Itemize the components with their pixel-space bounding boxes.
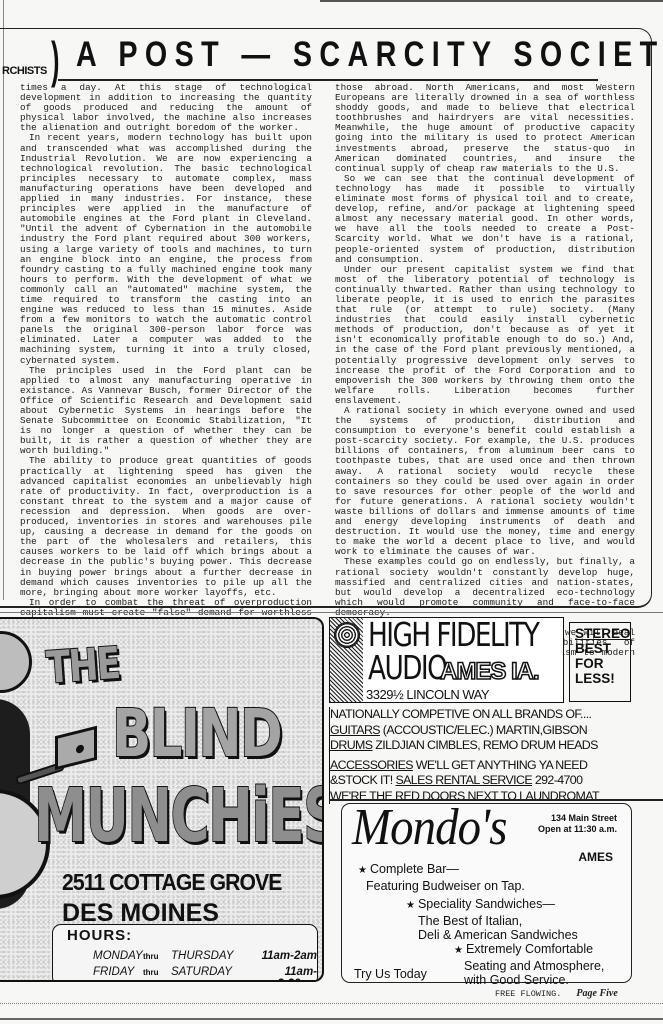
line-text: &STOCK IT! bbox=[330, 773, 395, 787]
hours-label: HOURS: bbox=[67, 927, 132, 944]
line-text: (ACCOUSTIC/ELEC.) MARTIN,GIBSON bbox=[380, 723, 587, 737]
footer-dotted-rule bbox=[0, 1003, 663, 1004]
feature-line: with Good Service. bbox=[454, 973, 604, 988]
ad-high-fidelity-audio: HIGH FIDELITY AUDIO AMES IA. 3329½ LINCO… bbox=[329, 617, 663, 800]
hours-day-to: THURSDAY bbox=[171, 950, 253, 962]
mondos-feature: ★Complete Bar— Featuring Budweiser on Ta… bbox=[358, 862, 525, 893]
paragraph: A rational society in which everyone own… bbox=[335, 406, 635, 557]
article-box: RCHISTS ) A POST — SCARCITY SOCIETY ? ti… bbox=[0, 28, 652, 608]
hifi-copy: NATIONALLY COMPETIVE ON ALL BRANDS OF...… bbox=[329, 707, 641, 804]
bottom-rule bbox=[0, 1018, 663, 1020]
hifi-line: DRUMS ZILDJIAN CIMBLES, REMO DRUM HEADS bbox=[330, 738, 641, 754]
hours-day-from: FRIDAY bbox=[93, 966, 143, 982]
slogan-line: FOR bbox=[575, 656, 625, 671]
section-divider bbox=[0, 612, 663, 613]
page-footer: FREE FLOWING. Page Five bbox=[495, 988, 618, 999]
munchies-hours-box: HOURS: MONDAY thru THURSDAY 11am-2am FRI… bbox=[52, 924, 318, 982]
munchies-title-munchies: MUNCHiES bbox=[34, 779, 324, 853]
hours-thru: thru bbox=[143, 950, 171, 962]
hifi-pattern-strip bbox=[330, 618, 363, 702]
hours-day-from: MONDAY bbox=[93, 950, 143, 962]
munchies-title-blind: BLIND bbox=[112, 701, 281, 767]
star-icon: ★ bbox=[454, 945, 463, 956]
paragraph: In recent years, modern technology has b… bbox=[20, 133, 312, 365]
paragraph: The ability to produce great quantities … bbox=[20, 456, 312, 597]
article-column-right: those abroad. North Americans, and most … bbox=[335, 83, 635, 668]
line-underlined: DRUMS bbox=[330, 738, 372, 752]
mondos-address-block: 134 Main Street Open at 11:30 a.m. bbox=[538, 813, 617, 835]
paragraph: times a day. At this stage of technologi… bbox=[20, 83, 312, 133]
cheese-icon bbox=[55, 726, 97, 770]
hifi-line: NATIONALLY COMPETIVE ON ALL BRANDS OF...… bbox=[330, 707, 641, 723]
hours-thru: thru bbox=[143, 966, 171, 982]
hours-row: MONDAY thru THURSDAY 11am-2am bbox=[93, 950, 317, 962]
hifi-location: AMES IA. bbox=[440, 658, 539, 686]
ad-mondos: Mondo's 134 Main Street Open at 11:30 a.… bbox=[341, 803, 632, 983]
slogan-line: LESS! bbox=[575, 671, 625, 686]
hours-time: 11am-2am bbox=[253, 950, 317, 962]
hifi-line: ACCESSORIES WE'LL GET ANYTHING YA NEED bbox=[330, 758, 641, 774]
munchies-address: 2511 COTTAGE GROVE bbox=[62, 869, 281, 896]
star-icon: ★ bbox=[358, 865, 367, 876]
mondos-hours: Open at 11:30 a.m. bbox=[538, 824, 617, 835]
feature-line: Seating and Atmosphere, bbox=[454, 959, 604, 974]
line-underlined: ACCESSORIES bbox=[330, 758, 413, 772]
feature-line: Featuring Budweiser on Tap. bbox=[358, 879, 525, 894]
mouse-ear-illustration bbox=[0, 631, 32, 693]
paragraph: those abroad. North Americans, and most … bbox=[335, 83, 635, 174]
feature-line: Extremely Comfortable bbox=[466, 942, 593, 956]
hifi-logo-box: HIGH FIDELITY AUDIO AMES IA. 3329½ LINCO… bbox=[329, 617, 564, 703]
feature-line: Complete Bar— bbox=[370, 862, 459, 876]
line-text: ZILDJIAN CIMBLES, REMO DRUM HEADS bbox=[372, 738, 597, 752]
hours-day-to: SATURDAY bbox=[171, 966, 253, 982]
mondos-logo: Mondo's bbox=[352, 798, 507, 857]
slogan-line: STEREO bbox=[575, 626, 625, 641]
feature-line: Deli & American Sandwiches bbox=[406, 928, 578, 943]
mondos-address: 134 Main Street bbox=[538, 813, 617, 824]
series-bracket: ) bbox=[51, 35, 59, 85]
line-text: NATIONALLY COMPETIVE ON ALL BRANDS OF...… bbox=[330, 707, 591, 721]
hifi-line: GUITARS (ACCOUSTIC/ELEC.) MARTIN,GIBSON bbox=[330, 723, 641, 739]
line-underlined: SALES RENTAL SERVICE bbox=[395, 773, 532, 787]
slogan-line: BEST bbox=[575, 641, 625, 656]
paragraph: The principles used in the Ford plant ca… bbox=[20, 366, 312, 457]
page-number: Page Five bbox=[576, 988, 617, 999]
mondos-cta: Try Us Today bbox=[354, 967, 427, 981]
phone-number: 292-4700 bbox=[532, 773, 582, 787]
mondos-feature: ★Extremely Comfortable Seating and Atmos… bbox=[454, 942, 604, 988]
mondos-city: AMES bbox=[578, 850, 613, 864]
paragraph: These examples could go on endlessly, bu… bbox=[335, 557, 635, 618]
hifi-audio: AUDIO bbox=[368, 648, 446, 687]
series-tag: RCHISTS bbox=[2, 65, 47, 77]
headline-underline bbox=[58, 79, 598, 81]
top-rule bbox=[320, 0, 663, 2]
line-underlined: GUITARS bbox=[330, 723, 380, 737]
hifi-street: 3329½ LINCOLN WAY bbox=[366, 687, 489, 702]
paragraph: Under our present capitalist system we f… bbox=[335, 265, 635, 406]
mondos-feature: ★Speciality Sandwiches— The Best of Ital… bbox=[406, 897, 578, 943]
publication-name: FREE FLOWING. bbox=[495, 989, 561, 999]
article-column-left: times a day. At this stage of technologi… bbox=[20, 83, 312, 658]
feature-line: Speciality Sandwiches— bbox=[418, 897, 555, 911]
star-icon: ★ bbox=[406, 900, 415, 911]
article-headline: A POST — SCARCITY SOCIETY ? bbox=[76, 35, 535, 75]
feature-line: The Best of Italian, bbox=[406, 914, 578, 929]
speaker-target-icon bbox=[334, 622, 360, 648]
hours-time: 11am-2:30am bbox=[253, 966, 317, 982]
munchies-title-the: THE bbox=[45, 642, 121, 691]
line-text: WE'LL GET ANYTHING YA NEED bbox=[413, 758, 587, 772]
paragraph: So we can see that the continual develop… bbox=[335, 174, 635, 265]
hifi-slogan-box: STEREO BEST FOR LESS! bbox=[569, 622, 631, 702]
hours-row: FRIDAY thru SATURDAY 11am-2:30am bbox=[93, 966, 317, 982]
hifi-line: &STOCK IT! SALES RENTAL SERVICE 292-4700 bbox=[330, 773, 641, 789]
ad-blind-munchies: THE BLIND MUNCHiES 2511 COTTAGE GROVE DE… bbox=[0, 617, 324, 982]
